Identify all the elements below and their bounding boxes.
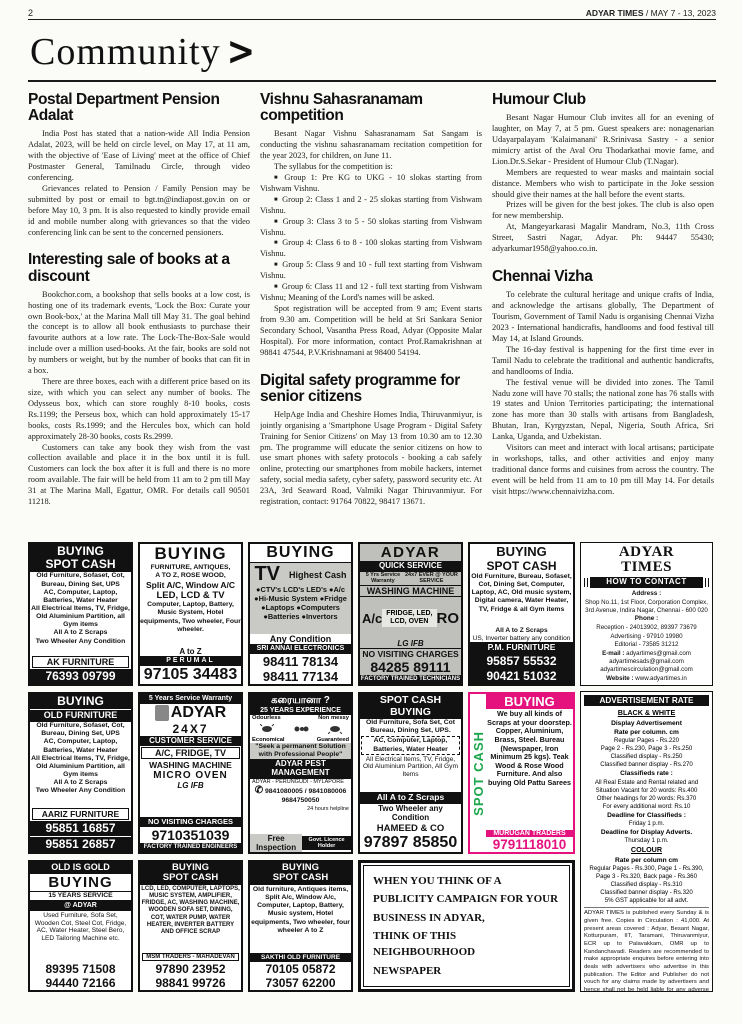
bullet-text: Group 3: Class 3 to 5 - 50 slokas starti… — [260, 217, 482, 237]
article-title: Vishnu Sahasranamam competition — [260, 92, 482, 124]
article-paragraph: The 16-day festival is happening for the… — [492, 345, 714, 378]
spot-cash-vertical-text: SPOT CASH — [471, 731, 486, 816]
article-bullet: ■Group 3: Class 3 to 5 - 50 slokas start… — [260, 217, 482, 239]
free-inspection-label: Free Inspection — [250, 834, 302, 852]
ad-headline-line: BUYING — [30, 694, 131, 709]
logo-row: ADYAR — [140, 704, 241, 722]
ad-line: All Electrical Items, TV, Fridge, Old Al… — [360, 756, 461, 793]
article-bullet: ■Group 6: Class 11 and 12 - full text st… — [260, 282, 482, 304]
service-badge: 15 YEARS SERVICE — [30, 891, 131, 901]
bullet-square-icon: ■ — [274, 219, 279, 225]
article-paragraph: The festival venue will be divided into … — [492, 378, 714, 444]
publisher-disclaimer: ADYAR TIMES is published every Sunday & … — [584, 907, 709, 992]
ad-line: WASHING MACHINE — [360, 585, 461, 597]
article-title: Chennai Vizha — [492, 269, 714, 285]
tamil-headline: கரையானா ? — [250, 695, 351, 707]
rate-line: Classified banner display - Rs.320 — [584, 889, 709, 897]
phone-number: 97897 85850 — [360, 834, 461, 852]
article-humour-club: Humour Club Besant Nagar Humour Club inv… — [492, 92, 714, 255]
phone-number: 95851 16857 — [30, 821, 131, 836]
ad-subhead: QUICK SERVICE — [360, 561, 461, 572]
bullet-text: Group 1: Pre KG to UKG - 10 slokas start… — [260, 173, 482, 193]
bar-rail — [705, 578, 709, 587]
dealer-name: ADYAR PEST MANAGEMENT — [250, 759, 351, 779]
ad-aariz-furniture: BUYING OLD FURNITURE Old Furniture, Sofa… — [28, 692, 133, 854]
ant-icon — [328, 724, 342, 734]
ad-line: WASHING MACHINE — [140, 760, 241, 770]
adyar-times-info-column: ADYAR TIMES HOW TO CONTACT Address : Sho… — [580, 542, 713, 992]
ad-line: AC, Computer, Laptop, Batteries, Water H… — [30, 738, 131, 754]
bullet-square-icon: ■ — [274, 175, 280, 181]
article-paragraph: HelpAge India and Cheshire Homes India, … — [260, 410, 482, 508]
dealer-name: HAMEED & CO — [360, 823, 461, 834]
appliance-row: A/c FRIDGE, LED, LCD, OVEN RO — [360, 597, 461, 640]
phone-number: 95851 26857 — [30, 837, 131, 852]
phone-number: 95857 55532 — [470, 654, 573, 669]
ad-content: BUYING We buy all kinds of Scraps at you… — [486, 694, 573, 852]
paper-name: ADYAR TIMES — [586, 8, 644, 18]
cockroach-icon — [260, 724, 274, 734]
ad-body: Old furniture, Antiques items, Split A/c… — [250, 885, 351, 953]
bullet-text: Group 2: Class 1 and 2 - 25 slokas start… — [260, 195, 482, 215]
experience-line: 25 YEARS EXPERIENCE — [250, 707, 351, 714]
ad-line: AC, Computer, Laptop, Batteries, Water H… — [30, 589, 131, 605]
ad-line: Two Wheeler Any Condition — [30, 787, 131, 795]
article-chennai-vizha: Chennai Vizha To celebrate the cultural … — [492, 269, 714, 498]
ad-headline: BUYING — [140, 544, 241, 564]
display-title: Display Advertisement — [584, 719, 709, 728]
article-paragraph: Bookchor.com, a bookshop that sells book… — [28, 290, 250, 377]
ad-sakthi-old-furniture: BUYING SPOT CASH Old furniture, Antiques… — [248, 860, 353, 992]
ad-adyar-24x7-service: 5 Years Service Warranty ADYAR 24X7 CUST… — [138, 692, 243, 854]
rate-line: Classified display - Rs.250 — [584, 753, 709, 761]
advertisement-rate-box: ADVERTISEMENT RATE BLACK & WHITE Display… — [580, 691, 713, 992]
article-title: Postal Department Pension Adalat — [28, 92, 250, 124]
article-title: Interesting sale of books at a discount — [28, 252, 250, 284]
ad-headline: BUYING SPOT CASH — [250, 862, 351, 885]
phone-number: 98411 78134 — [250, 654, 351, 669]
article-paragraph: To celebrate the cultural heritage and u… — [492, 290, 714, 345]
phone-number: 97890 23952 — [140, 962, 241, 976]
ad-body: ●CTV's LCD's LED's ●A/c ●Hi-Music System… — [250, 586, 351, 634]
classifieds-rate-label: Classifieds rate : — [584, 769, 709, 778]
publicity-line: PUBLICITY CAMPAIGN FOR YOUR — [373, 891, 560, 908]
article-pension-adalat: Postal Department Pension Adalat India P… — [28, 92, 250, 238]
dealer-name: MSM TRADERS - MAHADEVAN — [142, 953, 239, 961]
phone-number: 90421 51032 — [470, 669, 573, 684]
ad-line: All A to Z Scraps — [30, 629, 131, 637]
how-to-contact-box: ADYAR TIMES HOW TO CONTACT Address : Sho… — [580, 542, 713, 686]
ad-body: Computer, Laptop, Battery, Music System,… — [140, 601, 241, 647]
website-url: www.adyartimes.in — [635, 675, 687, 682]
phone-number: 73057 62200 — [250, 976, 351, 990]
deadline-label: Deadline for Classifieds : — [584, 811, 709, 820]
ad-headline-line: BUYING — [30, 874, 131, 891]
article-bullet: ■Group 2: Class 1 and 2 - 25 slokas star… — [260, 195, 482, 217]
article-paragraph: Spot registration will be accepted from … — [260, 304, 482, 359]
deadline-value: Friday 1 p.m. — [584, 820, 709, 828]
rate-line: All Real Estate and Rental related and S… — [584, 779, 709, 795]
article-paragraph: Grievances related to Pension / Family P… — [28, 184, 250, 239]
section-title: Community — [30, 30, 221, 74]
article-title: Humour Club — [492, 92, 714, 108]
phone-number: 70105 05872 — [250, 962, 351, 976]
article-vishnu-competition: Vishnu Sahasranamam competition Besant N… — [260, 92, 482, 359]
ad-line: A to Z — [140, 647, 241, 656]
ad-pm-furniture: BUYING SPOT CASH Old Furniture, Bureau, … — [468, 542, 575, 686]
ad-adyar-pest-management: கரையானா ? 25 YEARS EXPERIENCE Odourless … — [248, 692, 353, 854]
article-title: Digital safety programme for senior citi… — [260, 373, 482, 405]
phone-number: 84285 89111 — [360, 659, 461, 675]
colour-title: COLOUR — [584, 845, 709, 856]
article-paragraph: Visitors can meet and interact with loca… — [492, 443, 714, 498]
termite-icon — [293, 723, 309, 735]
ad-line: Two Wheeler Any Condition — [30, 638, 131, 646]
vertical-label: SPOT CASH — [470, 694, 486, 852]
ad-headline: BUYING — [486, 694, 573, 709]
ad-line: Old Furniture, Sofaset, Cot, Bureau, Din… — [30, 722, 131, 738]
service-badge: 24x7 EVER @ YOUR SERVICE — [404, 572, 459, 585]
ad-line: All Electrical Items, TV, Fridge, Old Al… — [30, 755, 131, 779]
publicity-line: WHEN YOU THINK OF A — [373, 873, 560, 890]
ad-line: Old Furniture, Sofa Set, Cot Bureau, Din… — [360, 719, 461, 735]
ad-headline: ADYAR — [360, 544, 461, 561]
slogan-line: with Professional People" — [250, 751, 351, 759]
section-arrow-icon: > — [227, 29, 256, 75]
newspaper-page: 2 ADYAR TIMES / MAY 7 - 13, 2023 Communi… — [0, 0, 742, 1024]
licence-label: Govt. Licence Holder — [302, 836, 351, 850]
rate-line: Page 3 - Rs.320, Back page - Rs.360 — [584, 873, 709, 881]
phone-number: 9841080005 / 9841080006 — [265, 788, 346, 795]
ad-headline-line: OLD IS GOLD — [30, 862, 131, 874]
article-paragraph: Besant Nagar Humour Club invites all for… — [492, 113, 714, 168]
bullet-text: Group 4: Class 6 to 8 - 100 slokas start… — [260, 238, 482, 258]
badge-row: 5 Yrs Service Warranty 24x7 EVER @ YOUR … — [360, 572, 461, 585]
bullet-square-icon: ■ — [274, 262, 278, 268]
ad-headline-line: 24X7 — [140, 722, 241, 736]
ad-body: We buy all kinds of Scraps at your doors… — [486, 709, 573, 830]
rate-line: Classified display - Rs.310 — [584, 881, 709, 889]
ad-line: A/C, FRIDGE, TV — [141, 747, 240, 759]
bullet-square-icon: ■ — [274, 284, 278, 290]
warranty-badge: 5 Yrs Service Warranty — [362, 572, 404, 585]
appliance-list: FRIDGE, LED, LCD, OVEN — [382, 609, 436, 627]
phone-row: ✆ 9841080005 / 9841080006 — [250, 785, 351, 797]
gst-note: 5% GST applicable for all advt. — [584, 897, 709, 905]
reception-phone: Reception - 24013902, 89397 73679 — [584, 624, 709, 632]
website-label: Website : — [606, 675, 633, 682]
address-line: Shop No.11, 1st Floor, Corporation Compl… — [584, 599, 709, 607]
ad-line: FACTORY TRAINED TECHNICIANS — [360, 675, 461, 684]
ad-body: LCD, LED, COMPUTER, LAPTOPS, MUSIC SYSTE… — [140, 885, 241, 952]
ad-body: Old Furniture, Sofaset, Cot, Bureau, Din… — [30, 572, 131, 654]
phone-icon: ✆ — [255, 785, 263, 796]
rate-line: Classified banner display - Rs.270 — [584, 761, 709, 769]
classified-ads-grid: BUYING SPOT CASH Old Furniture, Sofaset,… — [28, 542, 716, 992]
dealer-name: MURUGAN TRADERS — [486, 830, 573, 837]
articles-area: Postal Department Pension Adalat India P… — [28, 92, 716, 534]
article-paragraph: Besant Nagar Vishnu Sahasranamam Sat San… — [260, 129, 482, 162]
ad-perumal: BUYING FURNITURE, ANTIQUES, A TO Z, ROSE… — [138, 542, 243, 686]
ro-text: RO — [437, 610, 460, 627]
ad-headline: BUYING SPOT CASH — [470, 544, 573, 573]
article-paragraph: Customers can take any book they wish fr… — [28, 443, 250, 509]
pest-header: கரையானா ? 25 YEARS EXPERIENCE — [250, 694, 351, 715]
brand-logos: LG IFB — [140, 781, 241, 817]
dateline: ADYAR TIMES / MAY 7 - 13, 2023 — [586, 8, 716, 18]
publicity-line: BUSINESS IN ADYAR, — [373, 910, 560, 927]
brand-logos: LG IFB — [360, 639, 461, 648]
ad-line: Any Condition — [250, 634, 351, 644]
address-line: 3rd Avenue, Indira Nagar, Chennai - 600 … — [584, 607, 709, 615]
ad-headline-line: SPOT CASH — [250, 873, 351, 883]
adyar-times-masthead: ADYAR TIMES — [584, 545, 709, 575]
ad-line: ●Batteries ●Invertors — [250, 613, 351, 622]
ad-headline-line: SPOT CASH — [140, 873, 241, 883]
advertising-phone: Advertising - 97910 19980 — [584, 633, 709, 641]
phone-number: 9684750050 — [250, 797, 351, 805]
email-label: E-mail : — [602, 650, 624, 657]
address-label: Address : — [584, 590, 709, 599]
ad-line: MICRO OVEN — [140, 770, 241, 781]
article-column-1: Postal Department Pension Adalat India P… — [28, 92, 250, 534]
publicity-line: THINK OF THIS NEIGHBOURHOOD — [373, 928, 560, 961]
ad-line: FURNITURE, ANTIQUES, — [140, 564, 241, 572]
article-bullet: ■Group 4: Class 6 to 8 - 100 slokas star… — [260, 238, 482, 260]
rate-per-label: Rate per column cm — [584, 856, 709, 865]
issue-date: MAY 7 - 13, 2023 — [651, 8, 716, 18]
how-to-contact-bar: HOW TO CONTACT — [584, 577, 709, 588]
article-paragraph: Members are requested to wear masks and … — [492, 168, 714, 201]
ad-hameed-and-co: SPOT CASH BUYING Old Furniture, Sofa Set… — [358, 692, 463, 854]
rate-line: Page 2 - Rs.230, Page 3 - Rs.250 — [584, 745, 709, 753]
ad-sri-annai-electronics: BUYING TV Highest Cash ●CTV's LCD's LED'… — [248, 542, 353, 686]
ad-body: Old Furniture, Sofaset, Cot, Bureau, Din… — [30, 722, 131, 807]
article-paragraph: The syllabus for the competition is: — [260, 162, 482, 173]
slogan-line: "Seek a permanent Solution — [250, 743, 351, 751]
ac-text: A/c — [362, 611, 382, 626]
deadline-value: Thursday 1 p.m. — [584, 837, 709, 845]
ad-headline-line: BUYING — [360, 707, 461, 719]
phone-number: 94440 72166 — [30, 976, 131, 990]
bullet-text: Group 5: Class 9 and 10 - full text star… — [260, 260, 482, 280]
bar-rail — [584, 578, 588, 587]
ad-line: FACTORY TRAINED ENGINEERS — [140, 843, 241, 852]
ad-ak-furniture: BUYING SPOT CASH Old Furniture, Sofaset,… — [28, 542, 133, 686]
article-paragraph: India Post has stated that a nation-wide… — [28, 129, 250, 184]
footer-row: Free Inspection Govt. Licence Holder — [250, 834, 351, 852]
editorial-phone: Editorial - 73585 31212 — [584, 641, 709, 649]
ad-headline: BUYING SPOT CASH — [140, 862, 241, 885]
bar-title: HOW TO CONTACT — [590, 577, 703, 588]
ad-line: AC, Computer, Laptop, Batteries, Water H… — [361, 736, 460, 754]
dealer-name: SRI ANNAI ELECTRONICS — [250, 644, 351, 654]
highest-cash-text: Highest Cash — [289, 570, 347, 580]
article-paragraph: At, Mangeyarkarasi Magalir Mandram, No.3… — [492, 222, 714, 255]
dateline-separator: / — [646, 8, 648, 18]
phone-number: 97105 34483 — [140, 666, 241, 684]
ad-headline: BUYING — [250, 544, 351, 563]
ad-headline-line: ADYAR — [171, 704, 226, 722]
ad-line: NO VISITING CHARGES — [140, 817, 241, 827]
rate-line: Regular Pages - Rs.300, Page 1 - Rs.390, — [584, 865, 709, 873]
ad-line: All Electrical Items, TV, Fridge, Old Al… — [30, 605, 131, 629]
phone-number: 9791118010 — [486, 837, 573, 852]
tv-text: TV — [254, 563, 280, 586]
deadline-label: Deadline for Display Adverts. — [584, 828, 709, 837]
ad-line: CUSTOMER SERVICE — [140, 736, 241, 747]
masthead-line: TIMES — [584, 560, 709, 575]
phone-number: 9710351039 — [140, 827, 241, 843]
bw-title: BLACK & WHITE — [584, 708, 709, 719]
article-paragraph: There are three boxes, each with a diffe… — [28, 377, 250, 443]
technician-image — [155, 705, 169, 721]
ad-old-is-gold: OLD IS GOLD BUYING 15 YEARS SERVICE @ AD… — [28, 860, 133, 992]
ad-line: Old Furniture, Sofaset, Cot, Bureau, Din… — [30, 572, 131, 588]
ad-headline-line: BUYING — [470, 544, 573, 559]
article-column-3: Humour Club Besant Nagar Humour Club inv… — [492, 92, 714, 534]
ad-line: NO VISITING CHARGES — [360, 648, 461, 659]
ad-body: Old Furniture, Bureau, Sofaset, Cot, Din… — [470, 573, 573, 627]
phone-number: 98411 77134 — [250, 669, 351, 684]
article-digital-safety: Digital safety programme for senior citi… — [260, 373, 482, 509]
ad-line: All A to Z Scraps — [470, 627, 573, 635]
article-column-2: Vishnu Sahasranamam competition Besant N… — [260, 92, 482, 534]
phone-number: 89395 71508 — [30, 962, 131, 976]
phone-number: 76393 09799 — [30, 669, 131, 684]
rate-per-label: Rate per column. cm — [584, 728, 709, 737]
rate-bar-title: ADVERTISEMENT RATE — [584, 695, 709, 706]
ad-publicity-house: WHEN YOU THINK OF A PUBLICITY CAMPAIGN F… — [358, 860, 575, 992]
bullet-text: Group 6: Class 11 and 12 - full text sta… — [260, 282, 482, 302]
ad-body: Used Furniture, Sofa Set, Wooden Cot, St… — [30, 911, 131, 962]
article-book-sale: Interesting sale of books at a discount … — [28, 252, 250, 508]
ad-line: All A to Z Scraps — [360, 792, 461, 803]
article-bullet: ■Group 5: Class 9 and 10 - full text sta… — [260, 260, 482, 282]
ad-line: LED, LCD & TV — [140, 590, 241, 601]
phone-number: 98841 99726 — [140, 976, 241, 990]
bullet-square-icon: ■ — [274, 240, 278, 246]
ad-line: US, Inverter battery any condition — [470, 635, 573, 643]
ad-line: A TO Z, ROSE WOOD, — [140, 572, 241, 580]
dealer-name: SAKTHI OLD FURNITURE — [250, 953, 351, 962]
rate-line: For every additional word: Rs.10 — [584, 803, 709, 811]
ad-adyar-quick-service: ADYAR QUICK SERVICE 5 Yrs Service Warran… — [358, 542, 463, 686]
dealer-name: P.M. FURNITURE — [470, 642, 573, 653]
ad-headline-line: OLD FURNITURE — [30, 710, 131, 722]
ad-headline-line: SPOT CASH — [30, 558, 131, 571]
ad-murugan-traders: SPOT CASH BUYING We buy all kinds of Scr… — [468, 692, 575, 854]
ad-headline-line: SPOT CASH — [360, 695, 461, 707]
publicity-line: NEWSPAPER — [373, 963, 560, 980]
page-number: 2 — [28, 8, 33, 18]
article-paragraph: Prizes will be given for the best jokes.… — [492, 200, 714, 222]
ad-headline-line: SPOT CASH — [470, 559, 573, 573]
email-address: adyartimescirculation@gmail.com — [584, 666, 709, 674]
article-bullet: ■Group 1: Pre KG to UKG - 10 slokas star… — [260, 173, 482, 195]
helpline-note: 24 hours helpline — [250, 806, 351, 834]
warranty-line: 5 Years Service Warranty — [140, 694, 241, 704]
rate-line: Other headings for 20 words: Rs.370 — [584, 795, 709, 803]
email-address: adyartimesads@gmail.com — [584, 658, 709, 666]
phone-label: Phone : — [584, 615, 709, 624]
dealer-name: AK FURNITURE — [32, 656, 129, 668]
bullet-square-icon: ■ — [274, 197, 278, 203]
dealer-name: PERUMAL — [140, 656, 241, 666]
rate-line: Regular Pages - Rs.220 — [584, 737, 709, 745]
location-line: @ ADYAR — [30, 901, 131, 911]
ad-line: Two Wheeler any Condition — [360, 804, 461, 823]
dealer-name: AARIZ FURNITURE — [32, 808, 129, 820]
ad-line: All A to Z Scraps — [30, 779, 131, 787]
section-masthead: Community > — [28, 20, 716, 82]
insects-row — [250, 721, 351, 737]
ad-headline: SPOT CASH BUYING — [360, 694, 461, 719]
masthead-line: ADYAR — [584, 545, 709, 560]
ad-subhead: TV Highest Cash — [250, 563, 351, 586]
ad-headline: BUYING SPOT CASH — [30, 544, 131, 572]
page-header: 2 ADYAR TIMES / MAY 7 - 13, 2023 — [28, 8, 716, 20]
ad-msm-traders: BUYING SPOT CASH LCD, LED, COMPUTER, LAP… — [138, 860, 243, 992]
email-address: adyartimes@gmail.com — [626, 650, 691, 657]
ad-line: Split A/C, Window A/C — [140, 580, 241, 590]
